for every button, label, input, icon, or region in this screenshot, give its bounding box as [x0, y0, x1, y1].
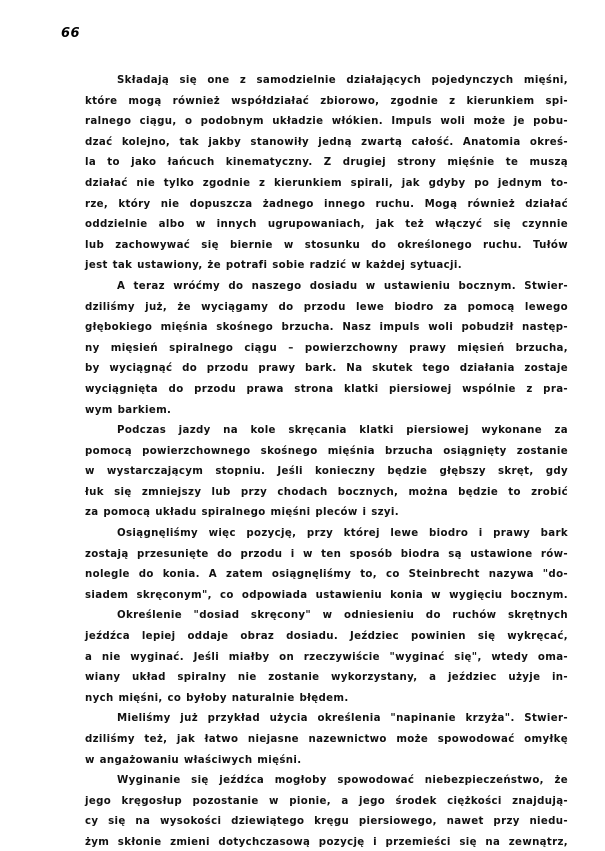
text-line: wiany układ spiralny nie zostanie wykorz…	[85, 668, 568, 689]
text-line: oddzielnie albo w innych ugrupowaniach, …	[85, 215, 568, 236]
text-line: głębokiego mięśnia skośnego brzucha. Nas…	[85, 318, 568, 339]
text-line: łuk się zmniejszy lub przy chodach boczn…	[85, 483, 568, 504]
text-line: dziliśmy też, jak łatwo niejasne nazewni…	[85, 730, 568, 751]
text-line: by wyciągnąć do przodu prawy bark. Na sk…	[85, 359, 568, 380]
text-line: zostają przesunięte do przodu i w ten sp…	[85, 545, 568, 566]
paragraph-first-line: Osiągnęliśmy więc pozycję, przy której l…	[85, 524, 568, 545]
page-number: 66	[61, 26, 80, 41]
text-line: jego kręgosłup pozostanie w pionie, a je…	[85, 792, 568, 813]
text-line: cy się na wysokości dziewiątego kręgu pi…	[85, 812, 568, 833]
paragraph-first-line: Wyginanie się jeźdźca mogłoby spowodować…	[85, 771, 568, 792]
paragraph-first-line: A teraz wróćmy do naszego dosiadu w usta…	[85, 277, 568, 298]
scanned-book-page: 66 Składają się one z samodzielnie dział…	[0, 0, 605, 851]
text-line: które mogą również współdziałać zbiorowo…	[85, 92, 568, 113]
text-line: nolegle do konia. A zatem osiągnęliśmy t…	[85, 565, 568, 586]
text-line: wyciągnięta do przodu prawa strona klatk…	[85, 380, 568, 401]
text-line: ralnego ciągu, o podobnym układzie włóki…	[85, 112, 568, 133]
text-line: wym barkiem.	[85, 401, 568, 422]
text-line: w angażowaniu właściwych mięśni.	[85, 751, 568, 772]
paragraph-first-line: Składają się one z samodzielnie działają…	[85, 71, 568, 92]
text-line: dzać kolejno, tak jakby stanowiły jedną …	[85, 133, 568, 154]
text-line: w wystarczającym stopniu. Jeśli konieczn…	[85, 462, 568, 483]
text-line: żym skłonie zmieni dotychczasową pozycję…	[85, 833, 568, 851]
text-line: lub zachowywać się biernie w stosunku do…	[85, 236, 568, 257]
paragraph-first-line: Mieliśmy już przykład użycia określenia …	[85, 709, 568, 730]
text-line: rze, który nie dopuszcza żadnego innego …	[85, 195, 568, 216]
text-line: nych mięśni, co byłoby naturalnie błędem…	[85, 689, 568, 710]
text-line: dziliśmy już, że wyciągamy do przodu lew…	[85, 298, 568, 319]
text-line: jest tak ustawiony, że potrafi sobie rad…	[85, 256, 568, 277]
paragraph-first-line: Podczas jazdy na kole skręcania klatki p…	[85, 421, 568, 442]
body-text: Składają się one z samodzielnie działają…	[85, 71, 568, 851]
text-line: a nie wyginać. Jeśli miałby on rzeczywiś…	[85, 648, 568, 669]
text-line: działać nie tylko zgodnie z kierunkiem s…	[85, 174, 568, 195]
text-line: ny mięsień spiralnego ciągu – powierzcho…	[85, 339, 568, 360]
text-line: jeźdźca lepiej oddaje obraz dosiadu. Jeź…	[85, 627, 568, 648]
paragraph-first-line: Określenie "dosiad skręcony" w odniesien…	[85, 606, 568, 627]
text-line: za pomocą układu spiralnego mięśni plecó…	[85, 503, 568, 524]
text-line: pomocą powierzchownego skośnego mięśnia …	[85, 442, 568, 463]
text-line: siadem skręconym", co odpowiada ustawien…	[85, 586, 568, 607]
text-line: la to jako łańcuch kinematyczny. Z drugi…	[85, 153, 568, 174]
